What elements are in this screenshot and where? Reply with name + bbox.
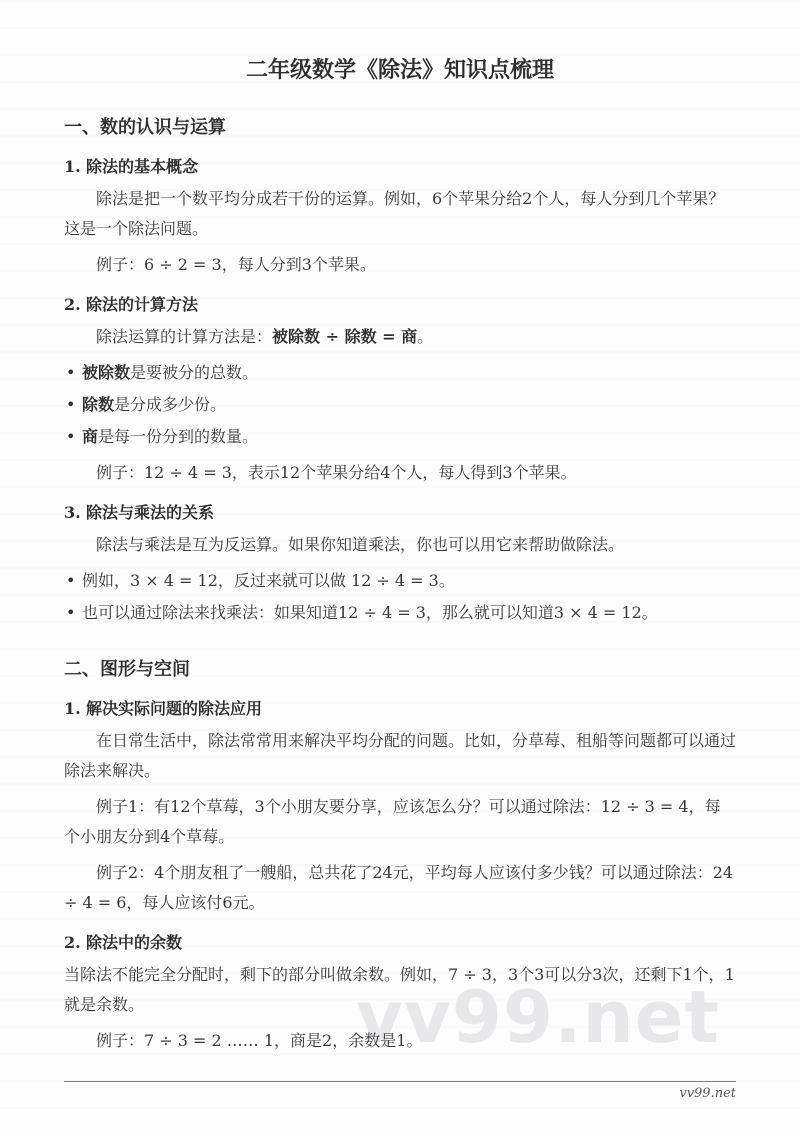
subsection-number: 2. [64,932,86,954]
paragraph: 在日常生活中，除法常常用来解决平均分配的问题。比如，分草莓、租船等问题都可以通过… [64,726,736,786]
bullet-item: 也可以通过除法来找乘法：如果知道12 ÷ 4 = 3，那么就可以知道3 × 4 … [64,598,736,628]
footer-divider [64,1081,736,1082]
bullet-term: 除数 [82,395,114,414]
paragraph: 除法是把一个数平均分成若干份的运算。例如，6个苹果分给2个人，每人分到几个苹果？… [64,184,736,244]
bullet-list: 例如，3 × 4 = 12，反过来就可以做 12 ÷ 4 = 3。 也可以通过除… [64,566,736,628]
paragraph: 当除法不能完全分配时，剩下的部分叫做余数。例如，7 ÷ 3，3个3可以分3次，还… [64,960,736,1020]
paragraph-text: 除法运算的计算方法是： [96,327,272,346]
paragraph: 除法运算的计算方法是：被除数 ÷ 除数 = 商。 [64,322,736,352]
bullet-term: 被除数 [82,363,130,382]
bullet-item: 除数是分成多少份。 [64,390,736,420]
subsection-heading-1-1: 1. 除法的基本概念 [64,156,736,178]
subsection-number: 1. [64,156,86,178]
subsection-title: 除法与乘法的关系 [86,502,214,524]
subsection-heading-1-3: 3. 除法与乘法的关系 [64,502,736,524]
division-formula: 被除数 ÷ 除数 = 商 [272,327,417,346]
example-line: 例子：12 ÷ 4 = 3，表示12个苹果分给4个人，每人得到3个苹果。 [64,458,736,488]
subsection-title: 除法中的余数 [86,932,182,954]
bullet-term: 商 [82,427,98,446]
bullet-item: 被除数是要被分的总数。 [64,358,736,388]
subsection-number: 1. [64,698,86,720]
paragraph: 除法与乘法是互为反运算。如果你知道乘法，你也可以用它来帮助做除法。 [64,530,736,560]
section-heading-2: 二、图形与空间 [64,658,736,682]
document-page: vv99.net 二年级数学《除法》知识点梳理 一、数的认识与运算 1. 除法的… [0,0,800,1130]
bullet-text: 是要被分的总数。 [130,363,258,382]
example-line: 例子：6 ÷ 2 = 3，每人分到3个苹果。 [64,250,736,280]
subsection-number: 3. [64,502,86,524]
bullet-text: 例如，3 × 4 = 12，反过来就可以做 12 ÷ 4 = 3。 [82,571,455,590]
bullet-text: 也可以通过除法来找乘法：如果知道12 ÷ 4 = 3，那么就可以知道3 × 4 … [82,603,658,622]
document-content: 二年级数学《除法》知识点梳理 一、数的认识与运算 1. 除法的基本概念 除法是把… [0,0,800,1062]
section-heading-1: 一、数的认识与运算 [64,116,736,140]
bullet-item: 例如，3 × 4 = 12，反过来就可以做 12 ÷ 4 = 3。 [64,566,736,596]
example-line: 例子1：有12个草莓，3个小朋友要分享，应该怎么分？可以通过除法：12 ÷ 3 … [64,792,736,852]
bullet-text: 是每一份分到的数量。 [98,427,258,446]
bullet-list: 被除数是要被分的总数。 除数是分成多少份。 商是每一份分到的数量。 [64,358,736,452]
example-line: 例子：7 ÷ 3 = 2 …… 1，商是2，余数是1。 [64,1026,736,1056]
subsection-title: 除法的基本概念 [86,156,198,178]
subsection-number: 2. [64,294,86,316]
footer-site-label: vv99.net [679,1086,736,1101]
document-title: 二年级数学《除法》知识点梳理 [64,0,736,86]
subsection-heading-2-1: 1. 解决实际问题的除法应用 [64,698,736,720]
subsection-title: 除法的计算方法 [86,294,198,316]
subsection-heading-2-2: 2. 除法中的余数 [64,932,736,954]
bullet-text: 是分成多少份。 [114,395,226,414]
subsection-title: 解决实际问题的除法应用 [86,698,262,720]
subsection-heading-1-2: 2. 除法的计算方法 [64,294,736,316]
bullet-item: 商是每一份分到的数量。 [64,422,736,452]
example-line: 例子2：4个朋友租了一艘船，总共花了24元，平均每人应该付多少钱？可以通过除法：… [64,858,736,918]
paragraph-text: 。 [417,327,433,346]
